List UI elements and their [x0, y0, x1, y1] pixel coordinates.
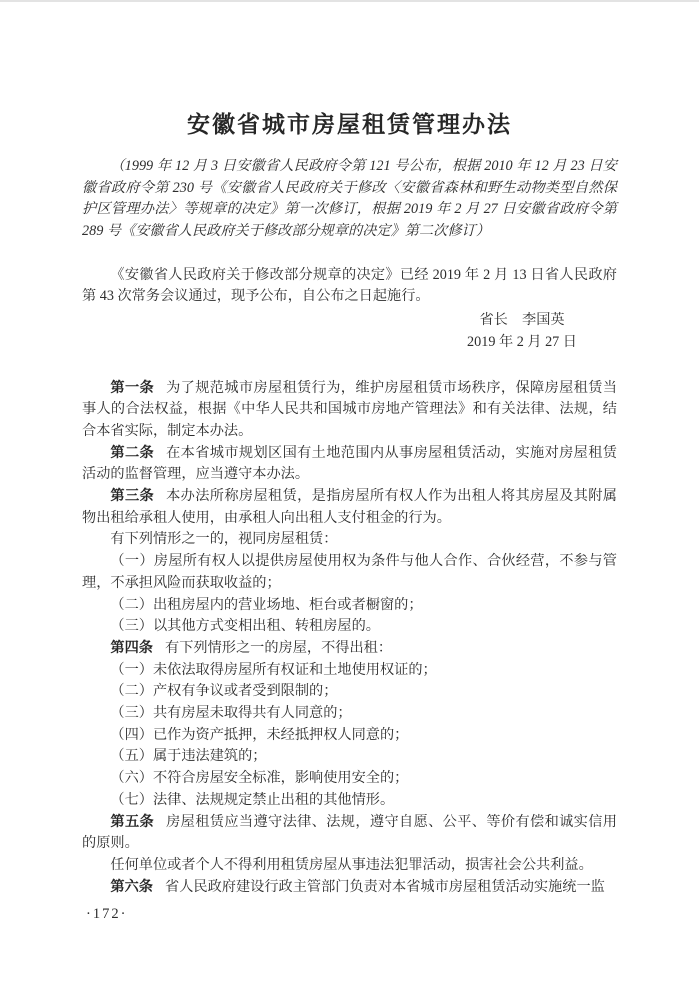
- body-paragraph: （三）共有房屋未取得共有人同意的；: [82, 703, 617, 725]
- document-title: 安徽省城市房屋租赁管理办法: [82, 0, 617, 140]
- body-paragraph: （一）房屋所有权人以提供房屋使用权为条件与他人合作、合伙经营，不参与管理，不承担…: [82, 551, 617, 594]
- body-paragraph: 任何单位或者个人不得利用租赁房屋从事违法犯罪活动，损害社会公共利益。: [82, 855, 617, 877]
- article-paragraph: 第六条省人民政府建设行政主管部门负责对本省城市房屋租赁活动实施统一监: [82, 877, 617, 899]
- body-paragraph: （七）法律、法规规定禁止出租的其他情形。: [82, 790, 617, 812]
- article-paragraph: 第三条本办法所称房屋租赁，是指房屋所有权人作为出租人将其房屋及其附属物出租给承租…: [82, 486, 617, 529]
- body-paragraph: （六）不符合房屋安全标准，影响使用安全的；: [82, 768, 617, 790]
- body-paragraph: 有下列情形之一的，视同房屋租赁：: [82, 529, 617, 551]
- article-paragraph: 第二条在本省城市规划区国有土地范围内从事房屋租赁活动，实施对房屋租赁活动的监督管…: [82, 443, 617, 486]
- body-paragraph: （二）出租房屋内的营业场地、柜台或者橱窗的；: [82, 595, 617, 617]
- body-paragraph: （四）已作为资产抵押，未经抵押权人同意的；: [82, 725, 617, 747]
- document-page: 安徽省城市房屋租赁管理办法 （1999 年 12 月 3 日安徽省人民政府令第 …: [0, 0, 699, 982]
- article-number-label: 第六条: [110, 879, 153, 895]
- article-number-label: 第四条: [110, 640, 153, 656]
- article-paragraph: 第五条房屋租赁应当遵守法律、法规，遵守自愿、公平、等价有偿和诚实信用的原则。: [82, 812, 617, 855]
- signature-block: 省长 李国英 2019 年 2 月 27 日: [467, 310, 577, 353]
- page-number: ·172·: [86, 906, 127, 923]
- signature-date: 2019 年 2 月 27 日: [467, 332, 577, 354]
- body-paragraph: （二）产权有争议或者受到限制的；: [82, 681, 617, 703]
- promulgation-paragraph: 《安徽省人民政府关于修改部分规章的决定》已经 2019 年 2 月 13 日省人…: [82, 265, 617, 308]
- revision-note: （1999 年 12 月 3 日安徽省人民政府令第 121 号公布，根据 201…: [82, 156, 617, 243]
- article-number-label: 第三条: [110, 488, 154, 504]
- body-paragraph: （一）未依法取得房屋所有权证和土地使用权证的；: [82, 660, 617, 682]
- body-paragraph: （三）以其他方式变相出租、转租房屋的。: [82, 616, 617, 638]
- signer-line: 省长 李国英: [467, 310, 577, 332]
- article-paragraph: 第四条有下列情形之一的房屋，不得出租：: [82, 638, 617, 660]
- article-number-label: 第五条: [110, 814, 154, 830]
- body-paragraph: （五）属于违法建筑的；: [82, 746, 617, 768]
- article-number-label: 第二条: [110, 445, 154, 461]
- article-number-label: 第一条: [110, 380, 154, 396]
- articles-container: 第一条为了规范城市房屋租赁行为，维护房屋租赁市场秩序，保障房屋租赁当事人的合法权…: [82, 378, 617, 899]
- article-paragraph: 第一条为了规范城市房屋租赁行为，维护房屋租赁市场秩序，保障房屋租赁当事人的合法权…: [82, 378, 617, 443]
